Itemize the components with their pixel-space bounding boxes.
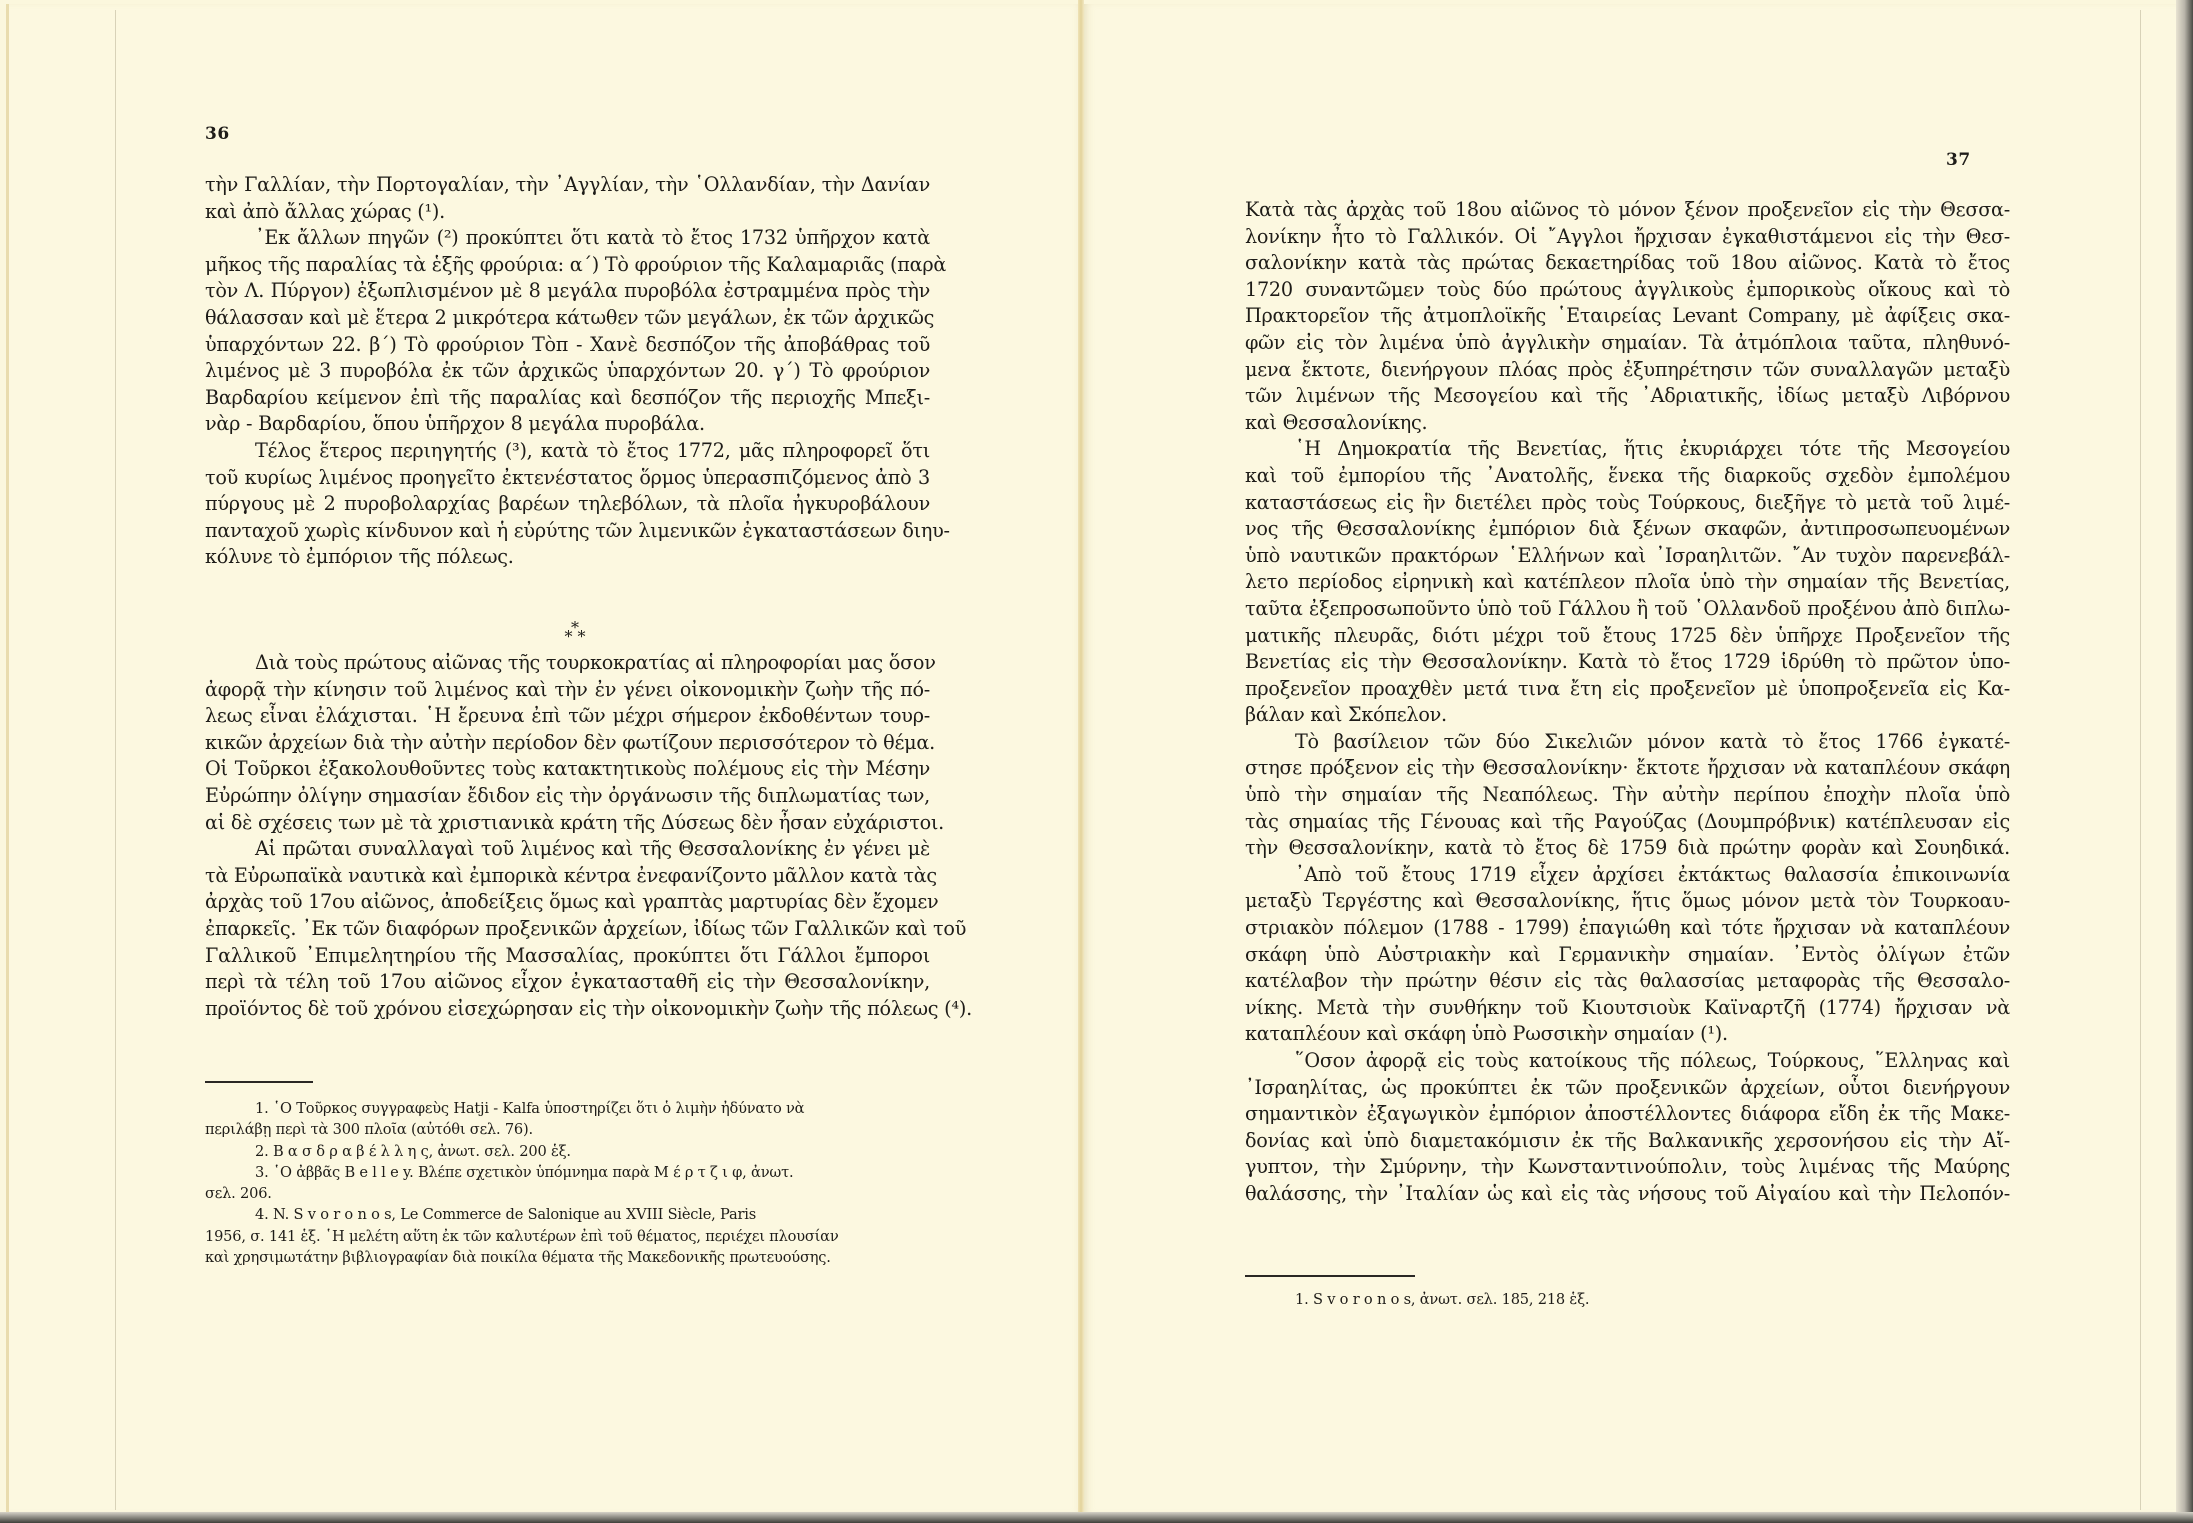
text-line: σκάφη ὑπὸ Αὐστριακὴν καὶ Γερμανικὴν σημα… xyxy=(1245,942,2010,969)
text-line: ἀρχὰς τοῦ 17ου αἰῶνος, ἀποδείξεις ὅμως κ… xyxy=(205,889,930,916)
text-line: κόλυνε τὸ ἐμπόριον τῆς πόλεως. xyxy=(205,544,930,571)
footnote-line: 2. Β α σ δ ρ α β έ λ λ η ς, ἀνωτ. σελ. 2… xyxy=(205,1141,930,1162)
text-line: ᾽Ισραηλίτας, ὡς προκύπτει ἐκ τῶν προξενι… xyxy=(1245,1075,2010,1102)
text-line: Κατὰ τὰς ἀρχὰς τοῦ 18ου αἰῶνος τὸ μόνον … xyxy=(1245,197,2010,224)
text-line: 1720 συναντῶμεν τοὺς δύο πρώτους ἀγγλικο… xyxy=(1245,277,2010,304)
text-line: πανταχοῦ χωρὶς κίνδυνον καὶ ἡ εὐρύτης τῶ… xyxy=(205,518,930,545)
text-line: στριακὸν πόλεμον (1788 - 1799) ἐπαγιώθη … xyxy=(1245,915,2010,942)
footnote-line: περιλάβῃ περὶ τὰ 300 πλοῖα (αὐτόθι σελ. … xyxy=(205,1119,930,1140)
paper-crease xyxy=(2140,10,2141,1510)
text-line: Διὰ τοὺς πρώτους αἰῶνας τῆς τουρκοκρατία… xyxy=(205,650,930,677)
text-line: Τὸ βασίλειον τῶν δύο Σικελιῶν μόνον κατὰ… xyxy=(1245,729,2010,756)
text-line: κικῶν ἀρχείων διὰ τὴν αὐτὴν περίοδον δὲν… xyxy=(205,730,930,757)
text-line: νίκης. Μετὰ τὴν συνθήκην τοῦ Κιουτσιοὺκ … xyxy=(1245,995,2010,1022)
text-line: θάλασσαν καὶ μὲ ἕτερα 2 μικρότερα κάτωθε… xyxy=(205,305,930,332)
right-body: Κατὰ τὰς ἀρχὰς τοῦ 18ου αἰῶνος τὸ μόνον … xyxy=(1245,197,2010,1208)
text-line: καταπλέουν καὶ σκάφη ὑπὸ Ρωσσικὴν σημαία… xyxy=(1245,1021,2010,1048)
text-line: σαλονίκην κατὰ τὰς πρώτας δεκαετηρίδας τ… xyxy=(1245,250,2010,277)
text-line: Γαλλικοῦ ᾽Επιμελητηρίου τῆς Μασσαλίας, π… xyxy=(205,943,930,970)
text-line: πύργους μὲ 2 πυροβολαρχίας βαρέων τηλεβό… xyxy=(205,491,930,518)
footnote-line: 1956, σ. 141 ἑξ. ῾Η μελέτη αὕτη ἐκ τῶν κ… xyxy=(205,1226,930,1247)
text-line: στησε πρόξενον εἰς τὴν Θεσσαλονίκην· ἔκτ… xyxy=(1245,755,2010,782)
left-body-section-2: Διὰ τοὺς πρώτους αἰῶνας τῆς τουρκοκρατία… xyxy=(205,650,930,1022)
page-number-left: 36 xyxy=(205,124,230,144)
book-spread: 36 τὴν Γαλλίαν, τὴν Πορτογαλίαν, τὴν ᾽Αγ… xyxy=(0,0,2193,1523)
text-line: τὰς σημαίας τῆς Γένουας καὶ τῆς Ραγούζας… xyxy=(1245,809,2010,836)
text-line: ῞Οσον ἀφορᾷ εἰς τοὺς κατοίκους τῆς πόλεω… xyxy=(1245,1048,2010,1075)
text-line: Τέλος ἕτερος περιηγητής (³), κατὰ τὸ ἔτο… xyxy=(205,438,930,465)
text-line: καταστάσεως εἰς ἣν διετέλει πρὸς τοὺς Το… xyxy=(1245,490,2010,517)
text-line: τοῦ κυρίως λιμένος προηγεῖτο ἐκτενέστατο… xyxy=(205,465,930,492)
text-line: κατέλαβον τὴν πρώτην θέσιν εἰς τὰς θαλασ… xyxy=(1245,968,2010,995)
text-line: ὑπαρχόντων 22. β΄) Τὸ φρούριον Τὸπ - Χαν… xyxy=(205,332,930,359)
text-line: νος τῆς Θεσσαλονίκης ἐμπόριον διὰ ξένων … xyxy=(1245,516,2010,543)
text-line: ῾Η Δημοκρατία τῆς Βενετίας, ἥτις ἐκυριάρ… xyxy=(1245,436,2010,463)
text-line: τῶν λιμένων τῆς Μεσογείου καὶ τῆς ᾽Αδρια… xyxy=(1245,383,2010,410)
asterism-bottom-stars: * * xyxy=(555,632,595,642)
text-line: τὰ Εὐρωπαϊκὰ ναυτικὰ καὶ ἐμπορικὰ κέντρα… xyxy=(205,863,930,890)
text-line: τὴν Θεσσαλονίκην, κατὰ τὸ ἔτος δὲ 1759 δ… xyxy=(1245,835,2010,862)
text-line: τὸν Λ. Πύργον) ἐξωπλισμένον μὲ 8 μεγάλα … xyxy=(205,278,930,305)
text-line: καὶ Θεσσαλονίκης. xyxy=(1245,410,2010,437)
text-line: ᾽Απὸ τοῦ ἔτους 1719 εἶχεν ἀρχίσει ἐκτάκτ… xyxy=(1245,862,2010,889)
text-line: θαλάσσης, τὴν ᾽Ιταλίαν ὡς καὶ εἰς τὰς νή… xyxy=(1245,1181,2010,1208)
footnote-rule-right xyxy=(1245,1275,1415,1277)
text-line: μεταξὺ Τεργέστης καὶ Θεσσαλονίκης, ἥτις … xyxy=(1245,888,2010,915)
text-line: καὶ τοῦ ἐμπορίου τῆς ᾽Ανατολῆς, ἕνεκα τῆ… xyxy=(1245,463,2010,490)
text-line: βάλαν καὶ Σκόπελον. xyxy=(1245,702,2010,729)
text-line: λεως εἶναι ἐλάχισται. ῾Η ἔρευνα ἐπὶ τῶν … xyxy=(205,703,930,730)
text-line: νὰρ - Βαρδαρίου, ὅπου ὑπῆρχον 8 μεγάλα π… xyxy=(205,411,930,438)
text-line: Βαρδαρίου κείμενον ἐπὶ τῆς παραλίας καὶ … xyxy=(205,385,930,412)
page-edge-bottom xyxy=(0,1512,2193,1523)
text-line: περὶ τὰ τέλη τοῦ 17ου αἰῶνος εἶχον ἐγκατ… xyxy=(205,969,930,996)
text-line: Αἱ πρῶται συναλλαγαὶ τοῦ λιμένος καὶ τῆς… xyxy=(205,836,930,863)
text-line: δονίας καὶ ὑπὸ διαμετακόμισιν ἐκ τῆς Βαλ… xyxy=(1245,1128,2010,1155)
text-line: ὑπὸ τὴν σημαίαν τῆς Νεαπόλεως. Τὴν αὐτὴν… xyxy=(1245,782,2010,809)
footnote-line: σελ. 206. xyxy=(205,1183,930,1204)
text-line: προξενεῖον προαχθὲν μετά τινα ἔτη εἰς πρ… xyxy=(1245,676,2010,703)
footnote-line: καὶ χρησιμωτάτην βιβλιογραφίαν διὰ ποικί… xyxy=(205,1247,930,1268)
footnote-line: 3. ῾Ο ἀββᾶς B e l l e y. Βλέπε σχετικὸν … xyxy=(205,1162,930,1183)
text-line: ἐπαρκεῖς. ᾽Εκ τῶν διαφόρων προξενικῶν ἀρ… xyxy=(205,916,930,943)
right-footnotes: 1. S v o r o n o s, ἀνωτ. σελ. 185, 218 … xyxy=(1245,1289,2010,1310)
text-line: Πρακτορεῖον τῆς ἀτμοπλοϊκῆς ῾Εταιρείας L… xyxy=(1245,303,2010,330)
book-spine xyxy=(1078,0,1084,1523)
text-line: Οἱ Τοῦρκοι ἐξακολουθοῦντες τοὺς κατακτητ… xyxy=(205,756,930,783)
text-line: ὑπὸ ναυτικῶν πρακτόρων ῾Ελλήνων καὶ ᾽Ισρ… xyxy=(1245,543,2010,570)
text-line: σημαντικὸν ἐξαγωγικὸν ἐμπόριον ἀποστέλλο… xyxy=(1245,1101,2010,1128)
paper-crease xyxy=(115,10,116,1510)
text-line: Εὐρώπην ὀλίγην σημασίαν ἔδιδον εἰς τὴν ὀ… xyxy=(205,783,930,810)
footnote-line: 1. ῾Ο Τοῦρκος συγγραφεὺς Hatji - Kalfa ὑ… xyxy=(205,1098,930,1119)
page-edge-right xyxy=(2176,0,2193,1523)
asterism-separator: * * * xyxy=(555,623,595,642)
text-line: μῆκος τῆς παραλίας τὰ ἑξῆς φρούρια: α΄) … xyxy=(205,252,930,279)
text-line: λετο περίοδος εἰρηνικὴ καὶ κατέπλεον πλο… xyxy=(1245,569,2010,596)
page-number-right: 37 xyxy=(1946,150,1971,170)
text-line: λονίκην ἦτο τὸ Γαλλικόν. Οἱ ῎Αγγλοι ἤρχι… xyxy=(1245,224,2010,251)
text-line: ἀφορᾷ τὴν κίνησιν τοῦ λιμένος καὶ τὴν ἐν… xyxy=(205,677,930,704)
footnote-line: 4. N. S v o r o n o s, Le Commerce de Sa… xyxy=(205,1204,930,1225)
text-line: λιμένος μὲ 3 πυροβόλα ἐκ τῶν ἀρχικῶς ὑπα… xyxy=(205,358,930,385)
text-line: αἱ δὲ σχέσεις των μὲ τὰ χριστιανικὰ κράτ… xyxy=(205,810,930,837)
text-line: προϊόντος δὲ τοῦ χρόνου εἰσεχώρησαν εἰς … xyxy=(205,996,930,1023)
footnote-rule-left xyxy=(205,1081,313,1083)
text-line: ᾽Εκ ἄλλων πηγῶν (²) προκύπτει ὅτι κατὰ τ… xyxy=(205,225,930,252)
text-line: καὶ ἀπὸ ἄλλας χώρας (¹). xyxy=(205,199,930,226)
text-line: φῶν εἰς τὸν λιμένα ὑπὸ ἀγγλικὴν σημαίαν.… xyxy=(1245,330,2010,357)
text-line: τὴν Γαλλίαν, τὴν Πορτογαλίαν, τὴν ᾽Αγγλί… xyxy=(205,172,930,199)
left-footnotes: 1. ῾Ο Τοῦρκος συγγραφεὺς Hatji - Kalfa ὑ… xyxy=(205,1098,930,1268)
left-body-section-1: τὴν Γαλλίαν, τὴν Πορτογαλίαν, τὴν ᾽Αγγλί… xyxy=(205,172,930,571)
text-line: μενα ἔκτοτε, διενήργουν πλόας πρὸς ἐξυπη… xyxy=(1245,357,2010,384)
text-line: ταῦτα ἐξεπροσωποῦντο ὑπὸ τοῦ Γάλλου ἢ το… xyxy=(1245,596,2010,623)
text-line: ματικῆς πλευρᾶς, διότι μέχρι τοῦ ἔτους 1… xyxy=(1245,623,2010,650)
text-line: γυπτον, τὴν Σμύρνην, τὴν Κωνσταντινούπολ… xyxy=(1245,1154,2010,1181)
text-line: Βενετίας εἰς τὴν Θεσσαλονίκην. Κατὰ τὸ ἔ… xyxy=(1245,649,2010,676)
footnote-line: 1. S v o r o n o s, ἀνωτ. σελ. 185, 218 … xyxy=(1245,1289,2010,1310)
